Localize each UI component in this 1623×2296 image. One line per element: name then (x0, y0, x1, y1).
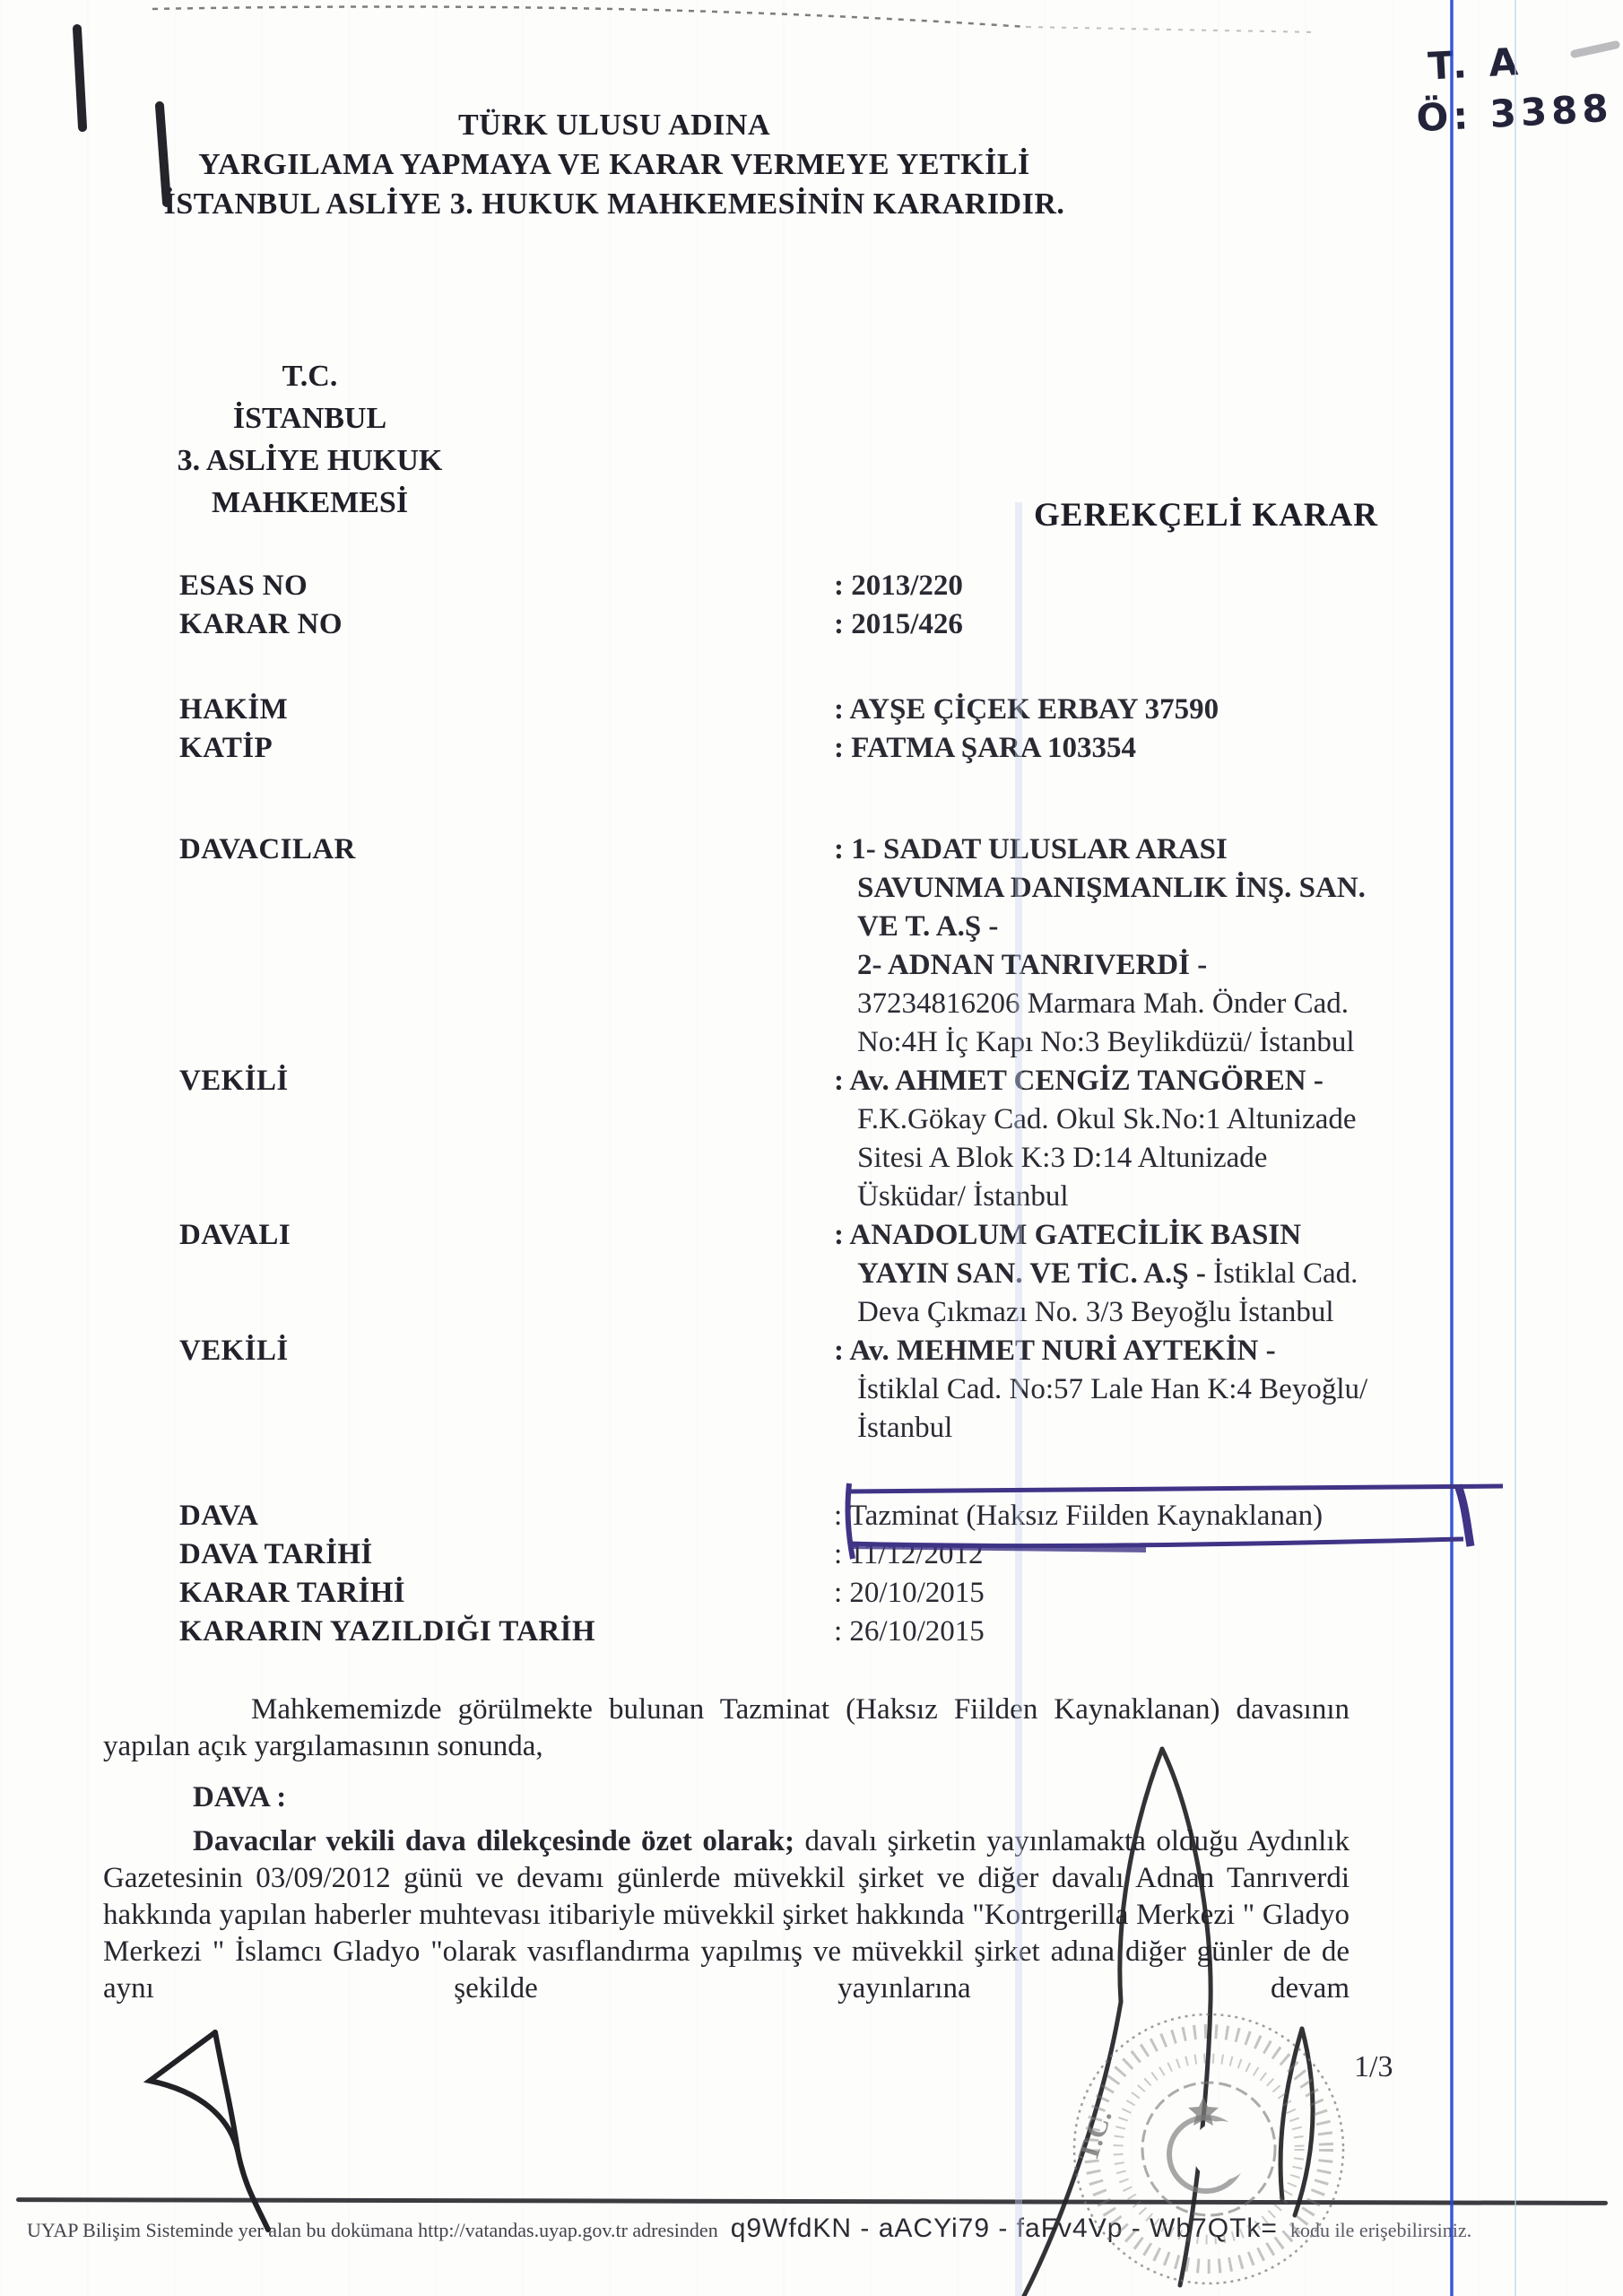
court-line: 3. ASLİYE HUKUK MAHKEMESİ (79, 439, 541, 524)
case-label: KARAR TARİHİ (179, 1574, 834, 1613)
case-value: : 2015/426 (834, 605, 1417, 644)
case-value-line: VE T. A.Ş - (834, 908, 1417, 946)
court-name-block: T.C. İSTANBUL 3. ASLİYE HUKUK MAHKEMESİ (79, 355, 541, 524)
case-row: KARAR NO: 2015/426 (179, 605, 1417, 644)
case-row: VEKİLİ: Av. AHMET CENGİZ TANGÖREN -F.K.G… (179, 1062, 1417, 1216)
case-value: : 2013/220 (834, 567, 1417, 605)
uyap-verification-code: q9WfdKN - aACYi79 - faFv4Vp - Wb7QTk= (731, 2213, 1278, 2244)
header-line: TÜRK ULUSU ADINA (161, 106, 1067, 145)
case-value-line: YAYIN SAN. VE TİC. A.Ş - İstiklal Cad. (834, 1255, 1417, 1293)
case-value: : AYŞE ÇİÇEK ERBAY 37590 (834, 691, 1417, 729)
case-value: : 1- SADAT ULUSLAR ARASISAVUNMA DANIŞMAN… (834, 831, 1417, 1062)
case-label: VEKİLİ (179, 1332, 834, 1370)
case-label: KATİP (179, 729, 834, 768)
intro-paragraph: Mahkememizde görülmekte bulunan Tazminat… (103, 1692, 1350, 1765)
case-value-line: : 26/10/2015 (834, 1613, 1417, 1651)
case-label: VEKİLİ (179, 1062, 834, 1100)
page-number: 1/3 (1354, 2050, 1393, 2084)
case-value-line: Üsküdar/ İstanbul (834, 1178, 1417, 1216)
case-row: DAVALI: ANADOLUM GATECİLİK BASINYAYIN SA… (179, 1216, 1417, 1332)
case-label: HAKİM (179, 691, 834, 729)
petition-paragraph: Davacılar vekili dava dilekçesinde özet … (103, 1823, 1350, 2007)
pen-stroke-mark (77, 29, 82, 127)
case-label: DAVACILAR (179, 831, 834, 869)
stamp-star-icon (1188, 2097, 1219, 2126)
case-label: KARARIN YAZILDIĞI TARİH (179, 1613, 834, 1651)
court-line: İSTANBUL (79, 397, 541, 439)
case-value: : Av. AHMET CENGİZ TANGÖREN -F.K.Gökay C… (834, 1062, 1417, 1216)
scanned-court-document-page: TÜRK ULUSU ADINA YARGILAMA YAPMAYA VE KA… (0, 0, 1623, 2296)
top-dotted-fold-line (1027, 27, 1318, 32)
case-value: : FATMA ŞARA 103354 (834, 729, 1417, 768)
uyap-footer-suffix: kodu ile erişebilirsiniz. (1290, 2219, 1471, 2242)
case-row: DAVA: Tazminat (Haksız Fiilden Kaynaklan… (179, 1497, 1417, 1535)
case-value: : 26/10/2015 (834, 1613, 1417, 1651)
case-value-line: 37234816206 Marmara Mah. Önder Cad. (834, 985, 1417, 1023)
header-line: İSTANBUL ASLİYE 3. HUKUK MAHKEMESİNİN KA… (161, 185, 1067, 224)
case-label: DAVALI (179, 1216, 834, 1255)
case-value-line: : FATMA ŞARA 103354 (834, 729, 1417, 768)
dava-section-heading: DAVA : (103, 1779, 1350, 1816)
case-value-line: : Av. MEHMET NURİ AYTEKİN - (834, 1332, 1417, 1370)
case-value-line: SAVUNMA DANIŞMANLIK İNŞ. SAN. (834, 869, 1417, 908)
case-row: KATİP: FATMA ŞARA 103354 (179, 729, 1417, 768)
case-value-line: F.K.Gökay Cad. Okul Sk.No:1 Altunizade (834, 1100, 1417, 1139)
case-value-line: : Av. AHMET CENGİZ TANGÖREN - (834, 1062, 1417, 1100)
case-value-line: : Tazminat (Haksız Fiilden Kaynaklanan) (834, 1497, 1417, 1535)
case-value-line: : 2015/426 (834, 605, 1417, 644)
case-table: ESAS NO: 2013/220KARAR NO: 2015/426HAKİM… (179, 567, 1417, 1651)
case-value-line: : 1- SADAT ULUSLAR ARASI (834, 831, 1417, 869)
case-row: KARAR TARİHİ: 20/10/2015 (179, 1574, 1417, 1613)
case-value-line: Deva Çıkmazı No. 3/3 Beyoğlu İstanbul (834, 1293, 1417, 1332)
case-value-line: Sitesi A Blok K:3 D:14 Altunizade (834, 1139, 1417, 1178)
case-value-line: : 20/10/2015 (834, 1574, 1417, 1613)
footer-divider (16, 2197, 1608, 2205)
decision-title: GEREKÇELİ KARAR (1022, 496, 1390, 535)
decision-body: Mahkememizde görülmekte bulunan Tazminat… (103, 1692, 1350, 2007)
uyap-footer-prefix: UYAP Bilişim Sisteminde yer alan bu dokü… (27, 2219, 718, 2242)
case-row: KARARIN YAZILDIĞI TARİH: 26/10/2015 (179, 1613, 1417, 1651)
case-value-line: : 11/12/2012 (834, 1535, 1417, 1574)
case-group: ESAS NO: 2013/220KARAR NO: 2015/426 (179, 567, 1417, 644)
case-row: DAVA TARİHİ: 11/12/2012 (179, 1535, 1417, 1574)
crescent-cutout (1192, 2121, 1251, 2180)
case-value-line: : AYŞE ÇİÇEK ERBAY 37590 (834, 691, 1417, 729)
stamp-tc-text: T.C. (1071, 2106, 1117, 2165)
case-value-line: : 2013/220 (834, 567, 1417, 605)
case-value: : ANADOLUM GATECİLİK BASINYAYIN SAN. VE … (834, 1216, 1417, 1332)
header-authority-block: TÜRK ULUSU ADINA YARGILAMA YAPMAYA VE KA… (161, 106, 1067, 224)
case-label: ESAS NO (179, 567, 834, 605)
case-row: ESAS NO: 2013/220 (179, 567, 1417, 605)
case-value: : 20/10/2015 (834, 1574, 1417, 1613)
case-label: DAVA (179, 1497, 834, 1535)
case-label: KARAR NO (179, 605, 834, 644)
case-row: DAVACILAR: 1- SADAT ULUSLAR ARASISAVUNMA… (179, 831, 1417, 1062)
case-value-line: 2- ADNAN TANRIVERDİ - (834, 946, 1417, 985)
case-row: VEKİLİ: Av. MEHMET NURİ AYTEKİN -İstikla… (179, 1332, 1417, 1448)
case-value-line: : ANADOLUM GATECİLİK BASIN (834, 1216, 1417, 1255)
case-label: DAVA TARİHİ (179, 1535, 834, 1574)
case-value: : Tazminat (Haksız Fiilden Kaynaklanan) (834, 1497, 1417, 1535)
case-value: : Av. MEHMET NURİ AYTEKİN -İstiklal Cad.… (834, 1332, 1417, 1448)
case-group: HAKİM: AYŞE ÇİÇEK ERBAY 37590KATİP: FATM… (179, 691, 1417, 768)
top-dotted-fold-line (152, 6, 1027, 27)
court-line: T.C. (79, 355, 541, 397)
case-value-line: İstanbul (834, 1409, 1417, 1448)
case-value-line: İstiklal Cad. No:57 Lale Han K:4 Beyoğlu… (834, 1370, 1417, 1409)
handwritten-docket-note: T. A Ö: 3388 (1412, 30, 1623, 143)
handwritten-note-line: Ö: 3388 (1415, 82, 1623, 143)
header-line: YARGILAMA YAPMAYA VE KARAR VERMEYE YETKİ… (161, 145, 1067, 185)
case-value: : 11/12/2012 (834, 1535, 1417, 1574)
uyap-footer: UYAP Bilişim Sisteminde yer alan bu dokü… (27, 2213, 1605, 2244)
case-value-line: No:4H İç Kapı No:3 Beylikdüzü/ İstanbul (834, 1023, 1417, 1062)
case-row: HAKİM: AYŞE ÇİÇEK ERBAY 37590 (179, 691, 1417, 729)
case-group: DAVACILAR: 1- SADAT ULUSLAR ARASISAVUNMA… (179, 831, 1417, 1448)
case-group: DAVA: Tazminat (Haksız Fiilden Kaynaklan… (179, 1497, 1417, 1651)
